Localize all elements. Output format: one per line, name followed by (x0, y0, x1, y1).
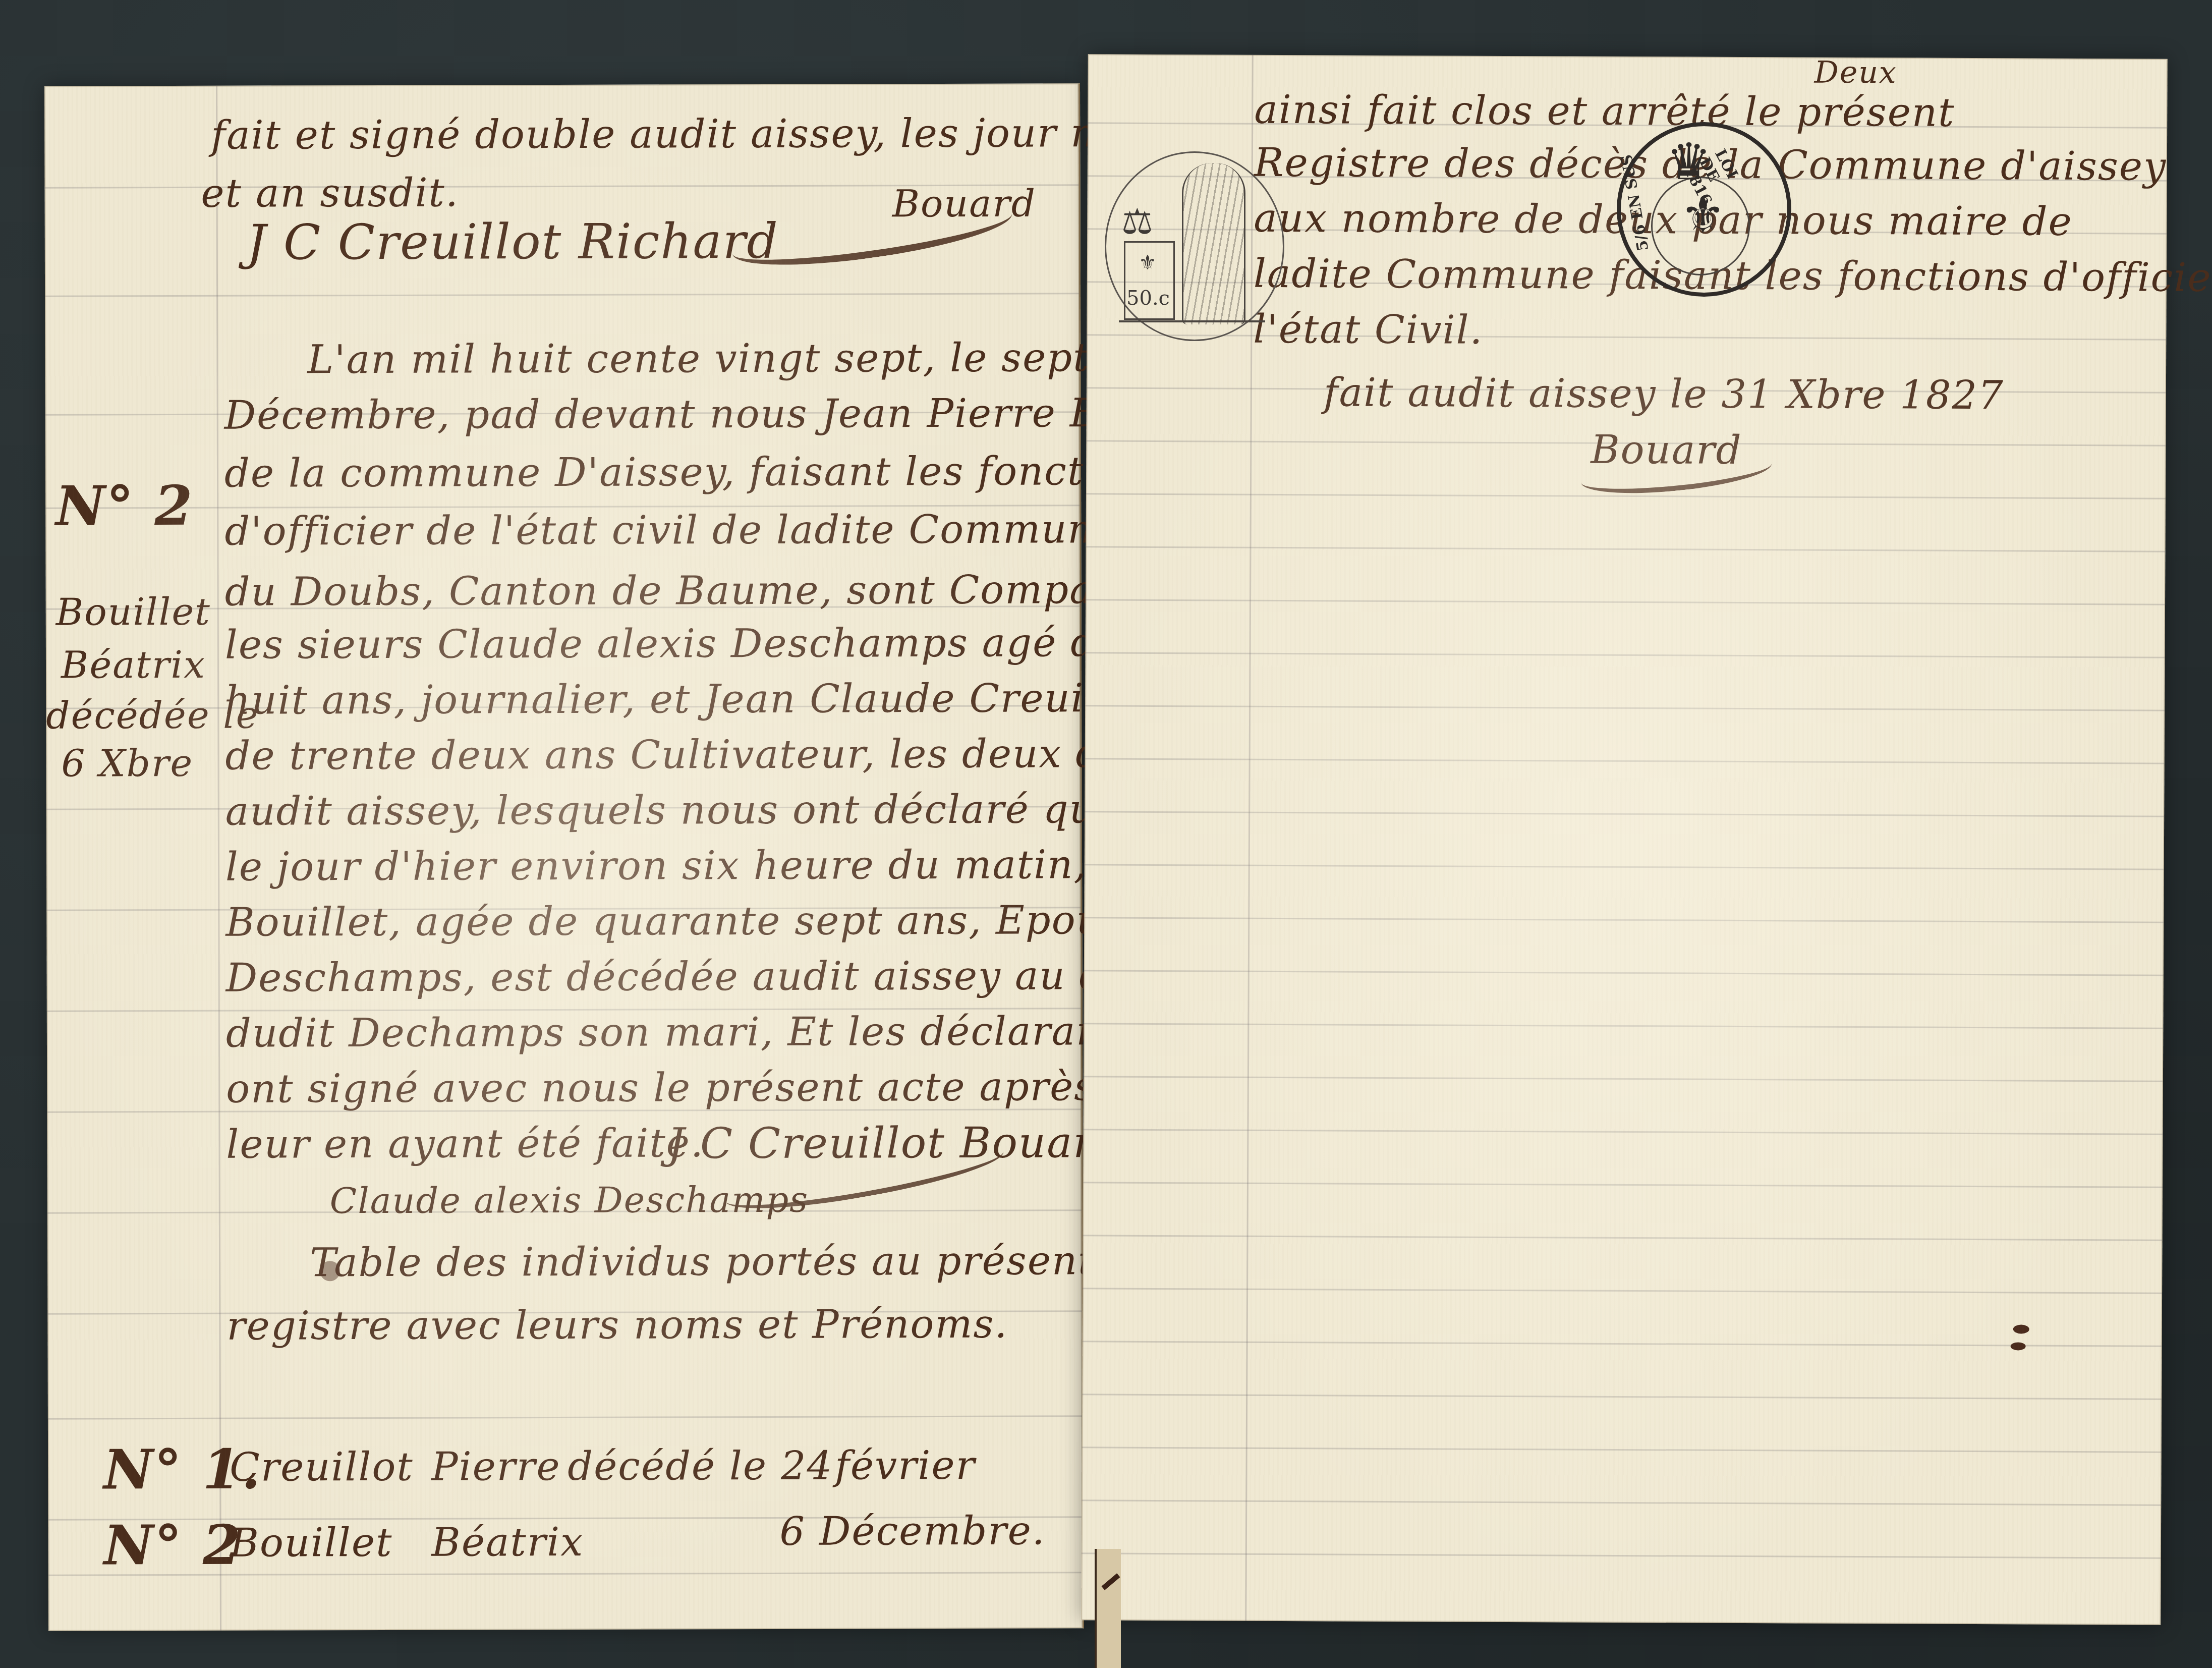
entry-number: N° 2 (55, 474, 194, 538)
stamp-value: 50.c (1126, 287, 1170, 310)
ruled-line (1084, 1023, 2163, 1029)
ruled-line (1084, 970, 2164, 976)
row-given-name: Béatrix (431, 1523, 584, 1563)
binding-strip (1095, 1549, 1121, 1668)
ruled-line (1086, 493, 2166, 499)
table-intro: registre avec leurs noms et Prénoms. (226, 1305, 1008, 1346)
act-line: dudit Dechamps son mari, Et les déclaran… (226, 1012, 1124, 1053)
ruled-line (1087, 334, 2166, 340)
row-date: février (835, 1446, 976, 1486)
closure-line: ainsi fait clos et arrêté le présent (1254, 90, 1955, 133)
ruled-line (48, 1415, 1082, 1419)
act-line: du Doubs, Canton de Baume, sont Comparu (225, 570, 1141, 612)
stamp-legend-left: 5/6 EN SUS (1618, 153, 1652, 252)
ink-blot (2013, 1324, 2029, 1333)
row-text: décédé le 24 (568, 1447, 833, 1486)
ruled-line (1086, 652, 2165, 658)
ruled-line (1083, 1341, 2162, 1347)
ruled-line (1085, 705, 2165, 711)
row-number: N° 2 (103, 1514, 242, 1578)
fleur-de-lis-icon: ⚜ (1139, 251, 1157, 274)
left-page: fait et signé double audit aissey, les j… (44, 83, 1084, 1631)
ruled-line (1083, 1235, 2163, 1241)
ruled-line (1082, 1447, 2162, 1453)
witness-signatures: J C Creuillot Richard (247, 213, 779, 271)
ruled-line (1084, 917, 2164, 923)
ruled-line (1083, 1182, 2163, 1188)
ruled-line (1082, 1499, 2161, 1506)
ruled-line (1084, 1076, 2163, 1082)
scales-icon: ⚖ (1121, 201, 1153, 242)
ink-smudge (320, 1261, 340, 1281)
margin-note-given-name: Béatrix (61, 643, 206, 687)
signature-flourish (729, 190, 1015, 277)
ruled-line (1085, 758, 2165, 764)
table-intro: Table des individus portés au présent (310, 1241, 1095, 1283)
act-line: leur en ayant été faite. (226, 1124, 704, 1164)
fiscal-stamp: ⚖ ⚜ 50.c (1105, 151, 1284, 341)
row-surname: Creuillot (230, 1448, 414, 1487)
row-date: 6 Décembre. (779, 1512, 1045, 1551)
closure-line: l'état Civil. (1253, 310, 1483, 350)
ruled-line (1082, 1394, 2162, 1400)
act-line: L'an mil huit cente vingt sept, le sept (307, 338, 1090, 379)
ruled-line (1086, 599, 2165, 605)
closure-date-line: fait audit aissey le 31 Xbre 1827 (1324, 373, 2004, 415)
act-line: audit aissey, lesquels nous ont déclaré … (225, 790, 1120, 831)
ruled-line (1083, 1288, 2162, 1294)
act-line: de la commune D'aissey, faisant les fonc… (224, 452, 1170, 493)
margin-rule (216, 86, 221, 1631)
row-surname: Bouillet (230, 1523, 392, 1563)
margin-note-date: 6 Xbre (61, 742, 193, 786)
closing-line: et an susdit. (201, 174, 459, 213)
margin-note-surname: Bouillet (56, 590, 211, 634)
ruled-line (1082, 1552, 2161, 1559)
row-given-name: Pierre (431, 1447, 561, 1487)
closing-line: fait et signé double audit aissey, les j… (211, 114, 1168, 155)
insertion-word: Deux (1814, 58, 1897, 88)
ruled-line (45, 293, 1079, 297)
ruled-line (1085, 811, 2164, 817)
justice-figure (1182, 163, 1245, 324)
ruled-line (1086, 546, 2166, 552)
dry-stamp: ♛ ⚜ LOI DE 1816. 5/6 EN SUS (1617, 122, 1791, 297)
ruled-line (1085, 864, 2164, 870)
ink-blot (2011, 1342, 2026, 1350)
ruled-line (1083, 1129, 2163, 1135)
stamp-base (1119, 320, 1265, 322)
